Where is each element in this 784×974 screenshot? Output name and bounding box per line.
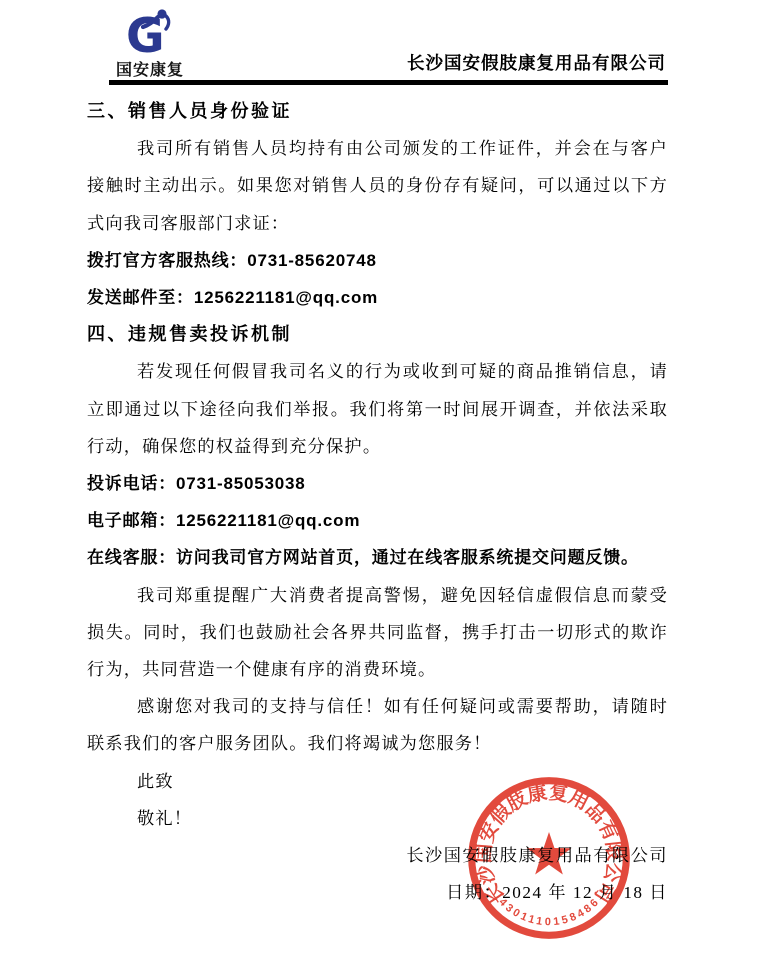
salute-cizhi: 此致 (87, 763, 668, 800)
document-page: G 国安康复 长沙国安假肢康复用品有限公司 三、销售人员身份验证 我司所有销售人… (0, 0, 784, 974)
complaint-email-address: 1256221181@qq.com (176, 511, 360, 530)
email-line: 发送邮件至：1256221181@qq.com (87, 279, 668, 316)
section-3-heading: 三、销售人员身份验证 (87, 93, 668, 130)
signature-company: 长沙国安假肢康复用品有限公司 (87, 837, 668, 874)
header-company-name: 长沙国安假肢康复用品有限公司 (407, 50, 666, 75)
online-service-label: 在线客服： (87, 548, 176, 567)
complaint-email-label: 电子邮箱： (87, 511, 176, 530)
online-service-line: 在线客服：访问我司官方网站首页，通过在线客服系统提交问题反馈。 (87, 539, 668, 576)
logo-text: 国安康复 (108, 57, 192, 80)
section-4-heading: 四、违规售卖投诉机制 (87, 316, 668, 353)
hotline-label: 拨打官方客服热线： (87, 251, 247, 270)
salute-jingli: 敬礼！ (87, 800, 668, 837)
reminder-paragraph: 我司郑重提醒广大消费者提高警惕，避免因轻信虚假信息而蒙受损失。同时，我们也鼓励社… (87, 577, 668, 689)
hotline-line: 拨打官方客服热线：0731-85620748 (87, 242, 668, 279)
complaint-phone-line: 投诉电话：0731-85053038 (87, 465, 668, 502)
guoan-logo-icon: G (118, 6, 182, 56)
header-rule (109, 80, 668, 85)
hotline-number: 0731-85620748 (247, 251, 377, 270)
company-logo: G 国安康复 (108, 6, 192, 80)
online-service-text: 访问我司官方网站首页，通过在线客服系统提交问题反馈。 (176, 548, 639, 567)
complaint-phone-number: 0731-85053038 (176, 474, 306, 493)
section-3-paragraph: 我司所有销售人员均持有由公司颁发的工作证件，并会在与客户接触时主动出示。如果您对… (87, 130, 668, 242)
email-address: 1256221181@qq.com (194, 288, 378, 307)
email-label: 发送邮件至： (87, 288, 194, 307)
complaint-phone-label: 投诉电话： (87, 474, 176, 493)
signature-date: 日期：2024 年 12 月 18 日 (87, 874, 668, 911)
letter-body: 三、销售人员身份验证 我司所有销售人员均持有由公司颁发的工作证件，并会在与客户接… (87, 93, 668, 911)
complaint-email-line: 电子邮箱：1256221181@qq.com (87, 502, 668, 539)
section-4-paragraph: 若发现任何假冒我司名义的行为或收到可疑的商品推销信息，请立即通过以下途径向我们举… (87, 353, 668, 465)
thanks-paragraph: 感谢您对我司的支持与信任！如有任何疑问或需要帮助，请随时联系我们的客户服务团队。… (87, 688, 668, 762)
